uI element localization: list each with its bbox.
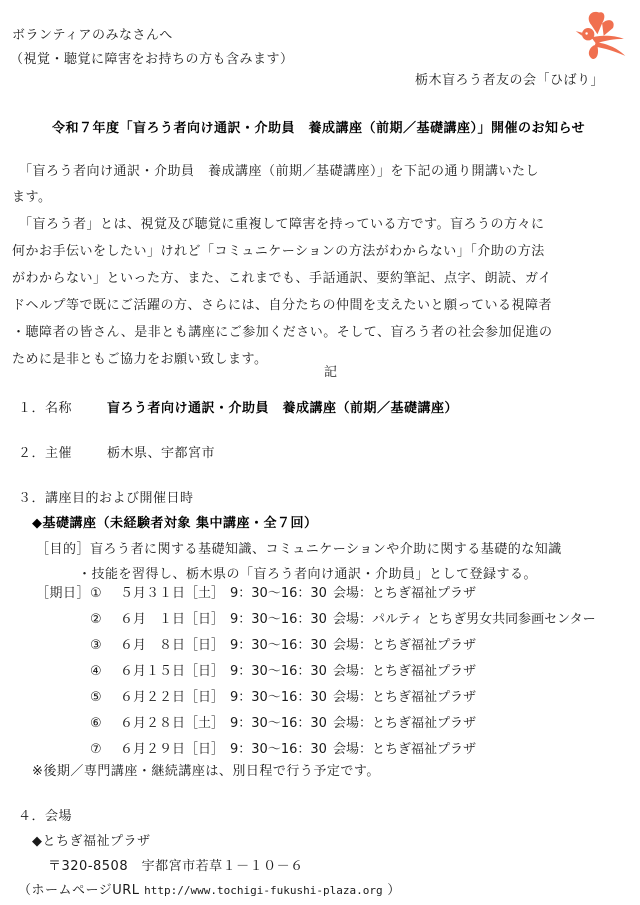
purpose-text: ・技能を習得し、栃木県の「盲ろう者向け通訳・介助員」として登録する。 [78,566,537,584]
session-venue: 会場：とちぎ福祉プラザ [333,637,476,655]
session-number: ③ [90,637,102,655]
homepage-url-link[interactable]: http://www.tochigi-fukushi-plaza.org [144,884,382,897]
section-4-label: ４．会場 [18,808,72,826]
schedule-row: ⑦ ６月２９日［日］ 9：30～16：30 会場：とちぎ福祉プラザ [0,741,640,759]
purpose-label: ［目的］ [36,541,90,559]
session-date: ６月１５日［日］ [120,663,224,681]
venue-name: ◆とちぎ福祉プラザ [32,833,151,851]
schedule-row: ① ５月３１日［土］ 9：30～16：30 会場：とちぎ福祉プラザ [0,585,640,603]
body-line: 何かお手伝いをしたい」けれど「コミュニケーションの方法がわからない」「介助の方法 [12,243,545,261]
body-line: ドヘルプ等で既にご活躍の方、さらには、自分たちの仲間を支えたいと願っている視障者 [12,297,552,315]
notice-title: 令和７年度「盲ろう者向け通訳・介助員 養成講座（前期／基礎講座）」開催のお知らせ [52,120,585,138]
session-number: ② [90,611,102,629]
session-number: ⑦ [90,741,102,759]
homepage-line: （ホームページURL http://www.tochigi-fukushi-pl… [18,882,401,900]
schedule-row: ⑤ ６月２２日［日］ 9：30～16：30 会場：とちぎ福祉プラザ [0,689,640,707]
session-venue: 会場：とちぎ福祉プラザ [333,689,476,707]
session-number: ④ [90,663,102,681]
session-date: ６月２８日［土］ [120,715,224,733]
organization-name: 栃木盲ろう者友の会「ひばり」 [415,72,604,90]
session-date: ６月２２日［日］ [120,689,224,707]
session-time: 9：30～16：30 [230,689,327,707]
session-venue: 会場：パルティ とちぎ男女共同参画センター [333,611,596,629]
ki-heading: 記 [324,364,338,382]
session-venue: 会場：とちぎ福祉プラザ [333,741,476,759]
schedule-row: ② ６月 １日［日］ 9：30～16：30 会場：パルティ とちぎ男女共同参画セ… [0,611,640,629]
session-date: ６月２９日［日］ [120,741,224,759]
session-venue: 会場：とちぎ福祉プラザ [333,663,476,681]
session-time: 9：30～16：30 [230,715,327,733]
homepage-prefix: （ホームページURL [18,883,144,898]
body-line: 「盲ろう者」とは、視覚及び聴覚に重複して障害を持っている方です。盲ろうの方々に [12,216,544,234]
section-1-label: １．名称 [18,400,72,418]
greeting: ボランティアのみなさんへ [12,27,173,45]
venue-address: 〒320-8508 宇都宮市若草１－１０－６ [48,858,304,876]
session-date: ６月 ８日［日］ [120,637,224,655]
body-line: ために是非ともご協力をお願い致します。 [12,351,267,369]
schedule-row: ④ ６月１５日［日］ 9：30～16：30 会場：とちぎ福祉プラザ [0,663,640,681]
session-number: ⑤ [90,689,102,707]
course-name: 盲ろう者向け通訳・介助員 養成講座（前期／基礎講座） [107,400,458,418]
session-number: ① [90,585,102,603]
session-time: 9：30～16：30 [230,663,327,681]
session-number: ⑥ [90,715,102,733]
organizers: 栃木県、宇都宮市 [107,445,215,463]
section-3-label: ３．講座目的および開催日時 [18,490,194,508]
session-time: 9：30～16：30 [230,611,327,629]
body-line: ・聴障者の皆さん、是非とも講座にご参加ください。そして、盲ろう者の社会参加促進の [12,324,553,342]
homepage-suffix: ） [383,883,401,898]
schedule-row: ⑥ ６月２８日［土］ 9：30～16：30 会場：とちぎ福祉プラザ [0,715,640,733]
body-line: がわからない」といった方、また、これまでも、手話通訳、要約筆記、点字、朗読、ガイ [12,270,552,288]
session-time: 9：30～16：30 [230,585,327,603]
session-date: ６月 １日［日］ [120,611,224,629]
session-date: ５月３１日［土］ [120,585,224,603]
schedule-row: ③ ６月 ８日［日］ 9：30～16：30 会場：とちぎ福祉プラザ [0,637,640,655]
greeting-note: （視覚・聴覚に障害をお持ちの方も含みます） [10,51,294,69]
basic-course-title: ◆基礎講座（未経験者対象 集中講座・全７回） [32,515,318,533]
session-venue: 会場：とちぎ福祉プラザ [333,585,476,603]
hibari-bird-logo-icon [568,6,630,64]
body-line: 「盲ろう者向け通訳・介助員 養成講座（前期／基礎講座）」を下記の通り開講いたし [12,163,539,181]
session-venue: 会場：とちぎ福祉プラザ [333,715,476,733]
later-course-note: ※後期／専門講座・継続講座は、別日程で行う予定です。 [32,763,380,781]
purpose-text: 盲ろう者に関する基礎知識、コミュニケーションや介助に関する基礎的な知識 [90,541,562,559]
session-time: 9：30～16：30 [230,637,327,655]
section-2-label: ２．主催 [18,445,72,463]
session-time: 9：30～16：30 [230,741,327,759]
body-line: ます。 [12,189,51,207]
